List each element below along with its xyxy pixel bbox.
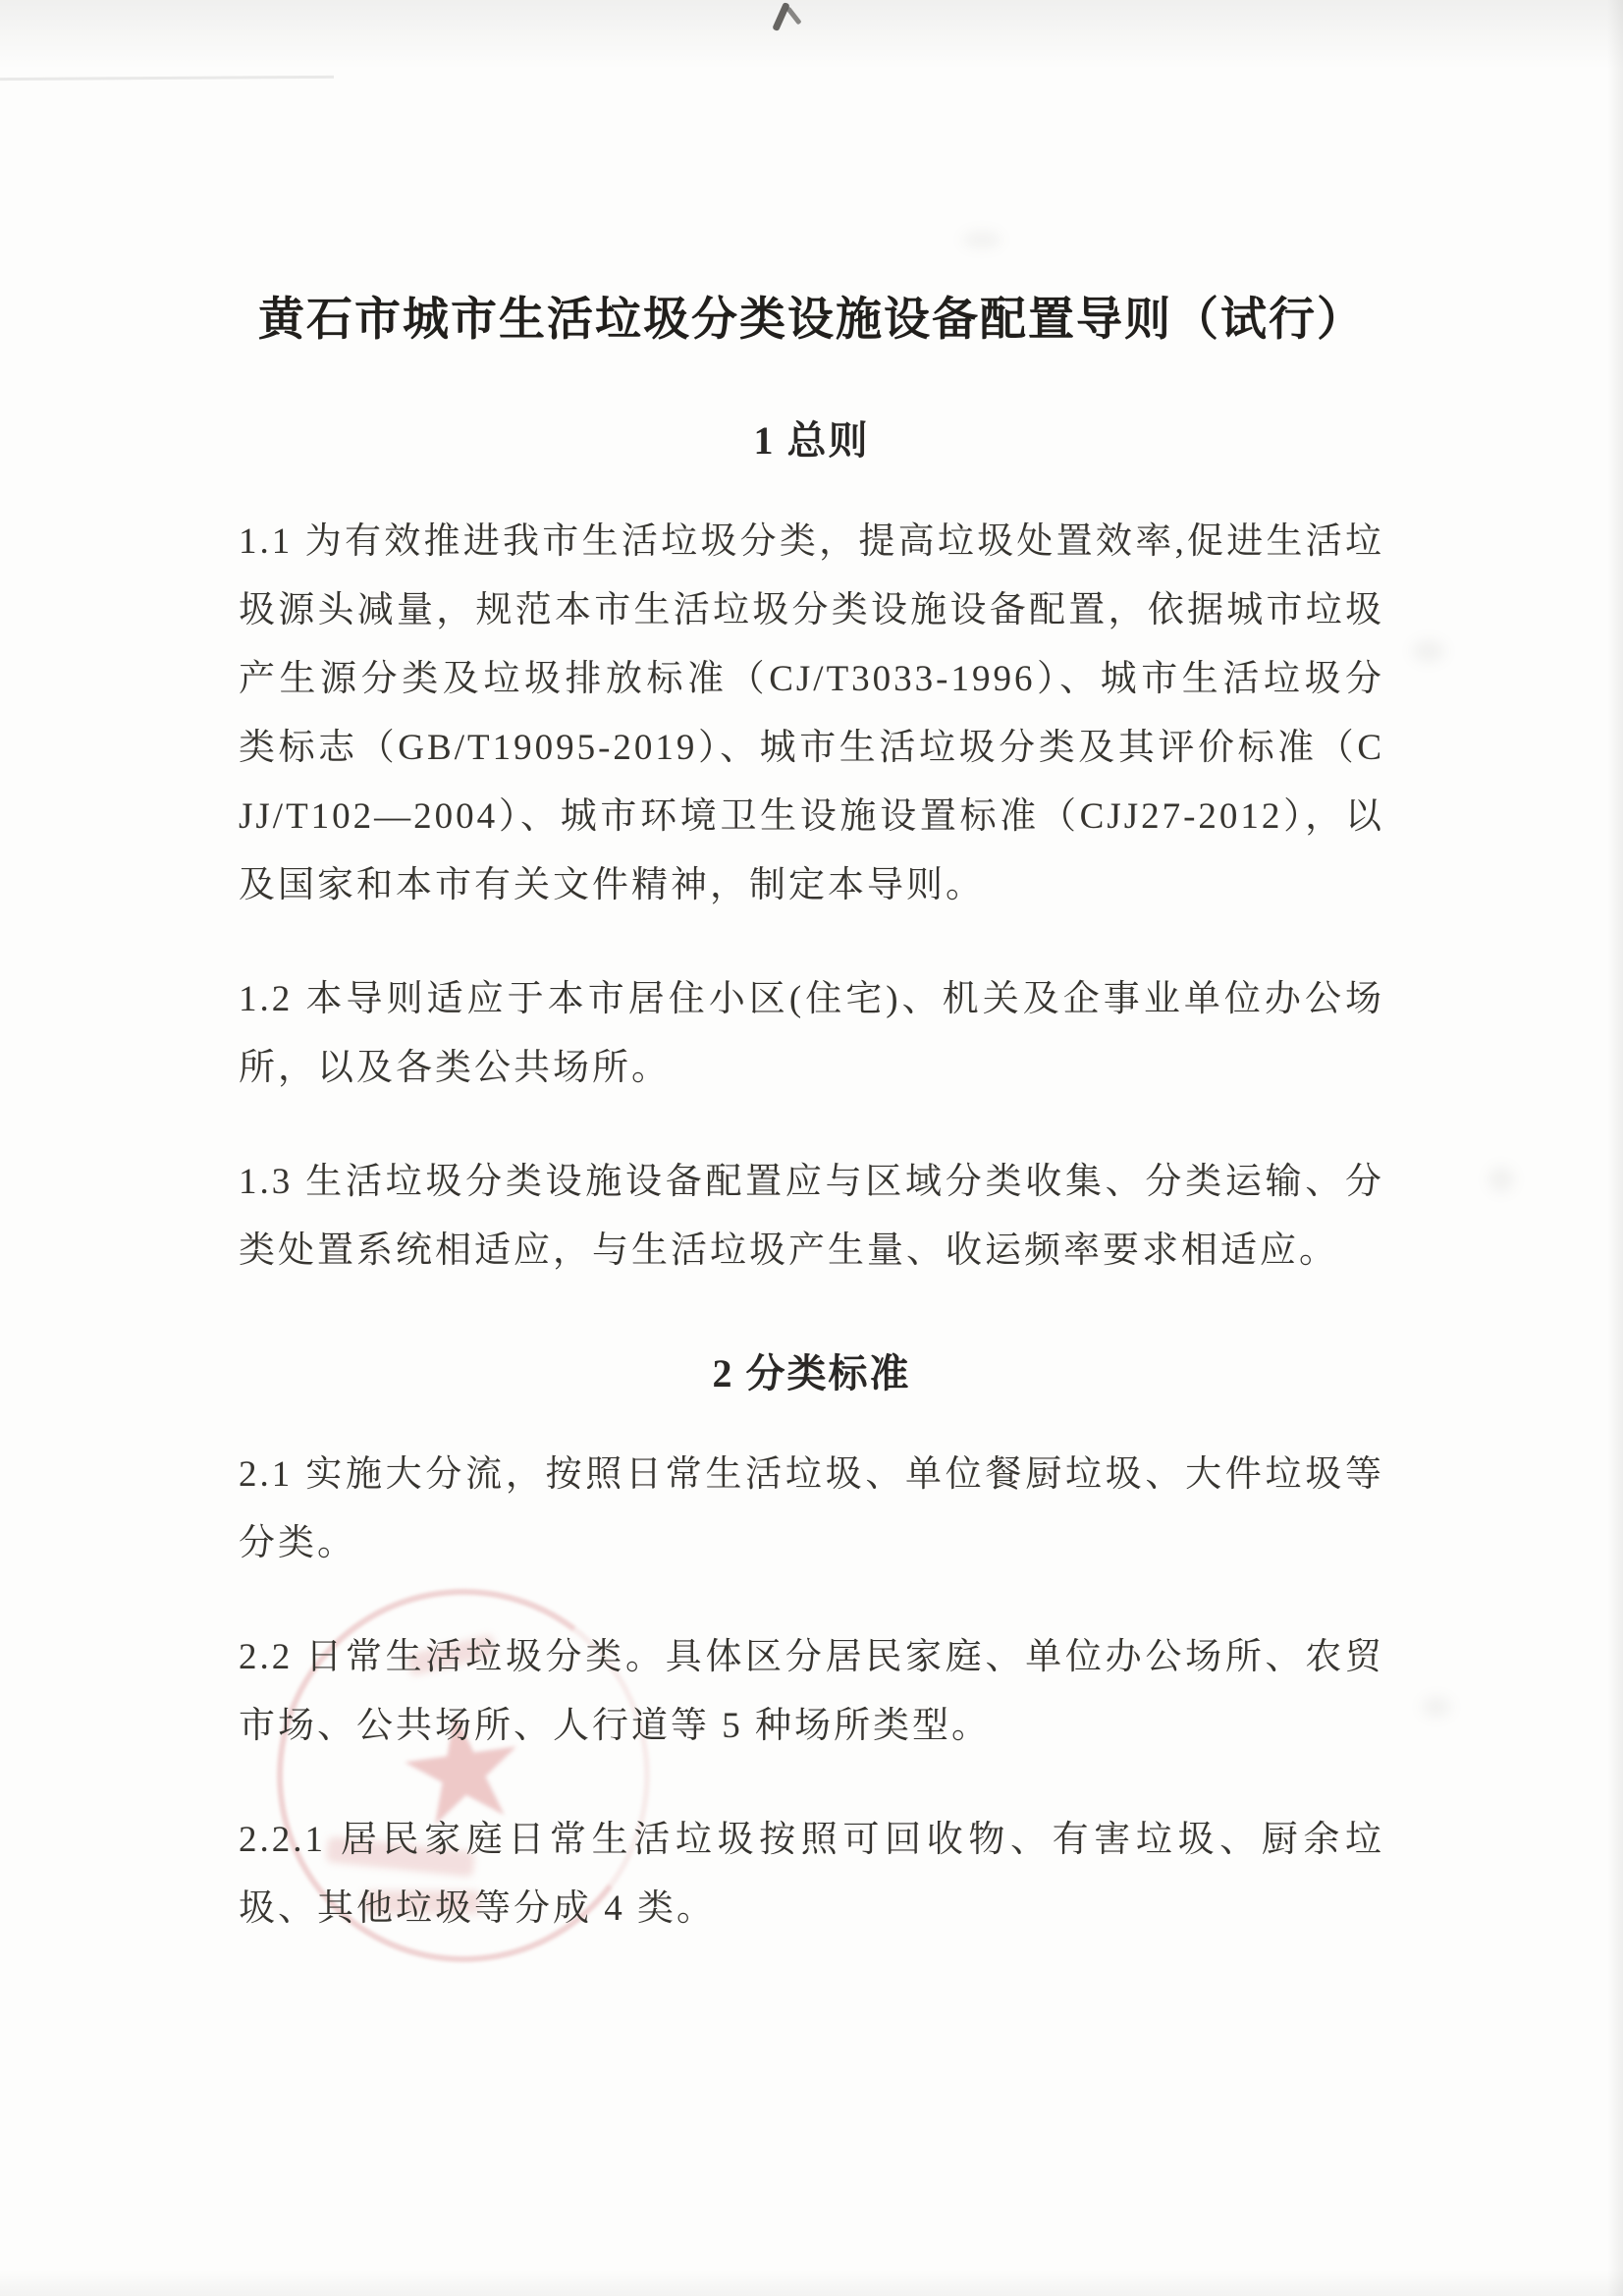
paragraph-1-1: 1.1 为有效推进我市生活垃圾分类，提高垃圾处置效率,促进生活垃圾源头减量，规范… — [239, 508, 1384, 920]
paragraph-1-2: 1.2 本导则适应于本市居住小区(住宅)、机关及企事业单位办公场所，以及各类公共… — [239, 965, 1384, 1103]
section-heading-general-rules: 1 总则 — [239, 415, 1384, 466]
scanned-document-page: ★ 黄石市城市生活垃圾分类设施设备配置导则（试行） 1 总则 1.1 为有效推进… — [0, 0, 1623, 2296]
scan-edge-shadow-bottom — [0, 2270, 1623, 2296]
paragraph-2-1: 2.1 实施大分流，按照日常生活垃圾、单位餐厨垃圾、大件垃圾等分类。 — [239, 1441, 1384, 1578]
section-heading-classification-standard: 2 分类标准 — [239, 1348, 1384, 1399]
paragraph-2-2-1: 2.2.1 居民家庭日常生活垃圾按照可回收物、有害垃圾、厨余垃圾、其他垃圾等分成… — [239, 1806, 1384, 1943]
document-content: 黄石市城市生活垃圾分类设施设备配置导则（试行） 1 总则 1.1 为有效推进我市… — [0, 0, 1623, 1943]
document-title: 黄石市城市生活垃圾分类设施设备配置导则（试行） — [239, 291, 1384, 351]
paragraph-1-3: 1.3 生活垃圾分类设施设备配置应与区域分类收集、分类运输、分类处置系统相适应，… — [239, 1148, 1384, 1285]
paragraph-2-2: 2.2 日常生活垃圾分类。具体区分居民家庭、单位办公场所、农贸市场、公共场所、人… — [239, 1623, 1384, 1761]
